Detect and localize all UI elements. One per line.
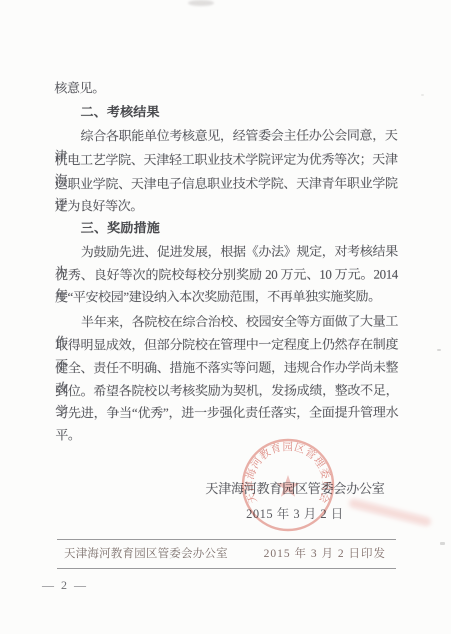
body-line: 半年来，各院校在综合治校、校园安全等方面做了大量工作， <box>55 312 398 333</box>
page-number: — 2 — <box>42 578 88 593</box>
body-line: 度“平安校园”建设纳入本次奖励范围，不再单独实施奖励。 <box>55 287 398 308</box>
body-line: 定为良好等次。 <box>55 196 398 217</box>
scan-speck <box>440 542 445 545</box>
body-line: 为鼓励先进、促进发展，根据《办法》规定，对考核结果为 <box>55 242 398 263</box>
seal-ring-text-wrap: 天津海河教育园区管理委员会 <box>243 440 332 505</box>
body-line: 到位。希望各院校以考核奖励为契机，发扬成绩，整改不足，学 <box>55 381 398 402</box>
seal-ring-text: 天津海河教育园区管理委员会 <box>243 440 332 505</box>
body-line: 习先进，争当“优秀”，进一步强化责任落实，全面提升管理水 <box>55 403 398 424</box>
footer-issuer: 天津海河教育园区管委会办公室 <box>57 545 228 563</box>
section-heading: 二、考核结果 <box>54 102 397 123</box>
footer-rule-bottom <box>57 568 396 569</box>
official-seal-stamp: 天津海河教育园区管理委员会 <box>238 434 338 536</box>
seal-star-icon <box>277 475 300 497</box>
body-line: 优秀、良好等次的院校每校分别奖励 20 万元、10 万元。2014 年 <box>55 265 398 286</box>
body-line: 运职业学院、天津电子信息职业技术学院、天津青年职业学院评 <box>55 174 398 195</box>
body-line: 核意见。 <box>54 78 397 99</box>
footer-rule-top <box>57 539 396 540</box>
scan-speck <box>421 94 424 96</box>
scanned-document-page: 核意见。 二、考核结果 综合各职能单位考核意见，经管委会主任办公会同意，天津 机… <box>0 0 451 634</box>
body-line: 健全、责任不明确、措施不落实等问题，违规合作办学尚未整改 <box>55 358 398 379</box>
footer-print-date: 2015 年 3 月 2 日印发 <box>264 545 396 563</box>
body-line: 综合各职能单位考核意见，经管委会主任办公会同意，天津 <box>55 126 398 147</box>
body-line: 平。 <box>55 425 398 446</box>
body-line: 机电工艺学院、天津轻工职业技术学院评定为优秀等次；天津海 <box>55 150 398 171</box>
footer-imprint-row: 天津海河教育园区管委会办公室 2015 年 3 月 2 日印发 <box>57 545 396 563</box>
scan-speck <box>437 349 441 351</box>
body-line: 取得明显成效，但部分院校在管理中一定程度上仍然存在制度不 <box>55 335 398 356</box>
section-heading: 三、奖励措施 <box>55 218 398 239</box>
